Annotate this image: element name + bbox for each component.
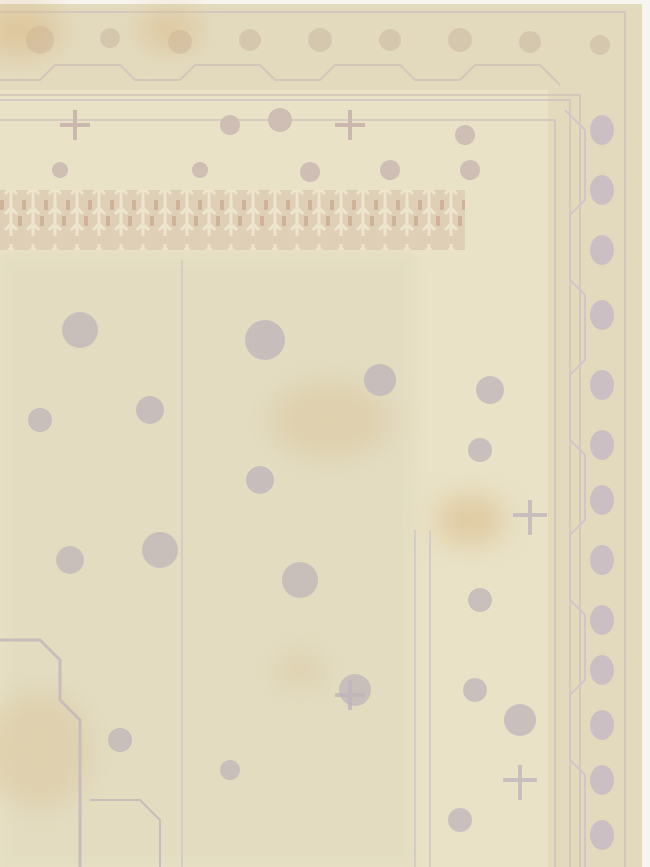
rug-illustration [0,0,650,867]
sheen [0,0,650,867]
rug-photo [0,0,650,867]
